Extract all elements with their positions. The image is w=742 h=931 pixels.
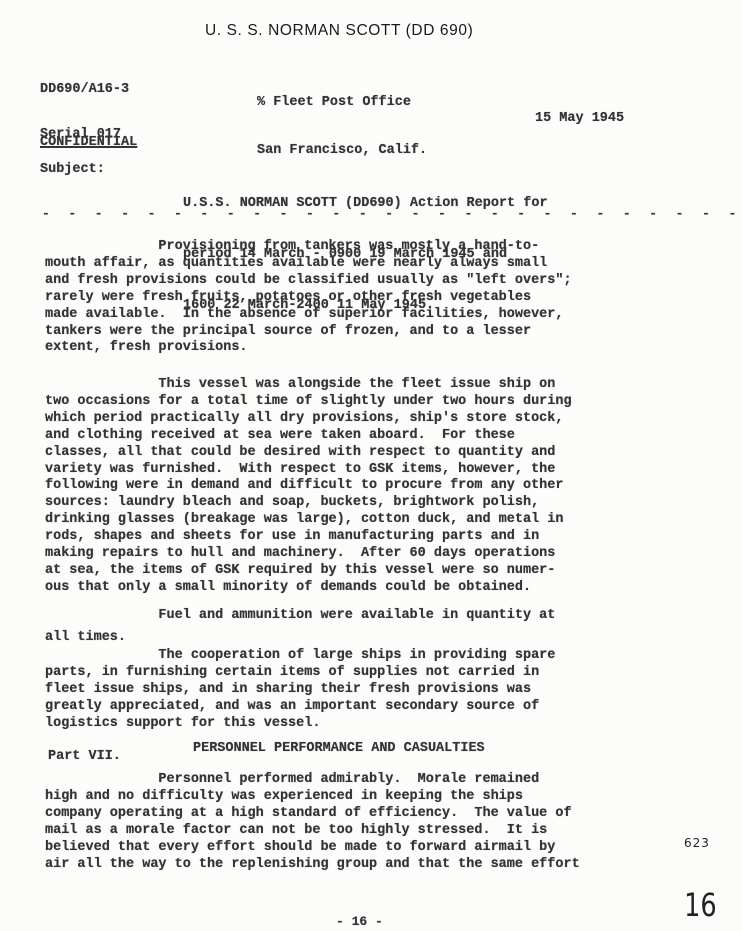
- text-line: believed that every effort should be mad…: [45, 840, 580, 857]
- text-line: Personnel performed admirably. Morale re…: [45, 772, 580, 789]
- file-reference: DD690/A16-3 Serial 017: [40, 52, 129, 172]
- separator-line: - - - - - - - - - - - - - - - - - - - - …: [42, 206, 742, 221]
- text-line: logistics support for this vessel.: [45, 716, 555, 733]
- text-line: made available. In the absence of superi…: [45, 307, 572, 324]
- text-line: which period practically all dry provisi…: [45, 411, 572, 428]
- text-line: high and no difficulty was experienced i…: [45, 789, 580, 806]
- text-line: mail as a morale factor can not be too h…: [45, 823, 580, 840]
- text-line: air all the way to the replenishing grou…: [45, 857, 580, 874]
- text-line: The cooperation of large ships in provid…: [45, 648, 555, 665]
- paragraph-cooperation: The cooperation of large ships in provid…: [45, 648, 555, 733]
- part-title: PERSONNEL PERFORMANCE AND CASUALTIES: [193, 741, 485, 756]
- text-line: sources: laundry bleach and soap, bucket…: [45, 495, 572, 512]
- text-line: parts, in furnishing certain items of su…: [45, 665, 555, 682]
- text-line: rarely were fresh fruits, potatoes or ot…: [45, 290, 572, 307]
- page-number: - 16 -: [336, 914, 383, 929]
- paragraph-fleet-issue: This vessel was alongside the fleet issu…: [45, 377, 572, 597]
- text-line: and fresh provisions could be classified…: [45, 273, 572, 290]
- letterhead: U. S. S. NORMAN SCOTT (DD 690): [205, 22, 473, 40]
- text-line: all times.: [45, 627, 555, 649]
- text-line: and clothing received at sea were taken …: [45, 428, 572, 445]
- text-line: two occasions for a total time of slight…: [45, 394, 572, 411]
- address-line: % Fleet Post Office: [257, 95, 427, 111]
- text-line: greatly appreciated, and was an importan…: [45, 699, 555, 716]
- part-label: Part VII.: [48, 749, 121, 764]
- text-line: classes, all that could be desired with …: [45, 445, 572, 462]
- document-page: U. S. S. NORMAN SCOTT (DD 690) DD690/A16…: [0, 0, 742, 931]
- text-line: Fuel and ammunition were available in qu…: [45, 605, 555, 627]
- text-line: mouth affair, as quantities available we…: [45, 256, 572, 273]
- text-line: company operating at a high standard of …: [45, 806, 580, 823]
- classification-marking: CONFIDENTIAL: [40, 135, 137, 150]
- text-line: drinking glasses (breakage was large), c…: [45, 512, 572, 529]
- text-line: ous that only a small minority of demand…: [45, 580, 572, 597]
- text-line: fleet issue ships, and in sharing their …: [45, 682, 555, 699]
- paragraph-provisioning: Provisioning from tankers was mostly a h…: [45, 239, 572, 357]
- date: 15 May 1945: [535, 111, 624, 126]
- text-line: at sea, the items of GSK required by thi…: [45, 563, 572, 580]
- text-line: Provisioning from tankers was mostly a h…: [45, 239, 572, 256]
- address-line: San Francisco, Calif.: [257, 143, 427, 159]
- file-reference-code: DD690/A16-3: [40, 82, 129, 97]
- handwritten-page-number: 16: [684, 886, 717, 924]
- text-line: This vessel was alongside the fleet issu…: [45, 377, 572, 394]
- handwritten-document-number: 623: [684, 836, 710, 850]
- text-line: making repairs to hull and machinery. Af…: [45, 546, 572, 563]
- subject-label: Subject:: [40, 162, 105, 177]
- text-line: rods, shapes and sheets for use in manuf…: [45, 529, 572, 546]
- paragraph-personnel: Personnel performed admirably. Morale re…: [45, 772, 580, 873]
- text-line: tankers were the principal source of fro…: [45, 324, 572, 341]
- paragraph-fuel: Fuel and ammunition were available in qu…: [45, 605, 555, 649]
- text-line: following were in demand and difficult t…: [45, 478, 572, 495]
- text-line: variety was furnished. With respect to G…: [45, 462, 572, 479]
- text-line: extent, fresh provisions.: [45, 340, 572, 357]
